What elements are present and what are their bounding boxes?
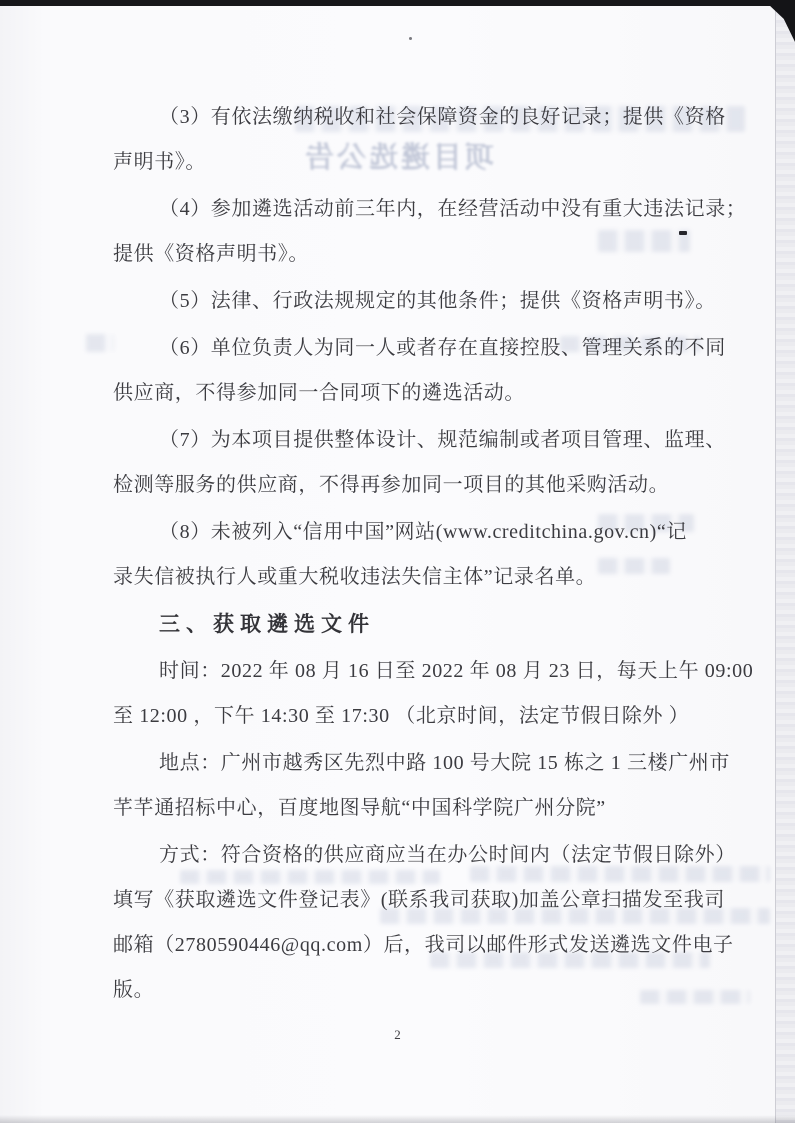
section-heading: 三、获取遴选文件 xyxy=(113,602,723,647)
doc-line-item5: （5）法律、行政法规规定的其他条件；提供《资格声明书》。 xyxy=(113,279,723,324)
document-body: （3）有依法缴纳税收和社会保障资金的良好记录；提供《资格 声明书》。 （4）参加… xyxy=(113,95,723,1013)
doc-line-method-1: 方式：符合资格的供应商应当在办公时间内（法定节假日除外） xyxy=(113,833,723,878)
doc-line-method-3: 邮箱（2780590446@qq.com）后，我司以邮件形式发送遴选文件电子 xyxy=(113,923,723,968)
doc-line-item6-1: （6）单位负责人为同一人或者存在直接控股、管理关系的不同 xyxy=(113,326,723,371)
doc-line-item8-2: 录失信被执行人或重大税收违法失信主体”记录名单。 xyxy=(113,555,723,600)
doc-line-item6-2: 供应商，不得参加同一合同项下的遴选活动。 xyxy=(113,371,723,416)
doc-line-item4-2: 提供《资格声明书》。 xyxy=(113,232,723,277)
doc-line-item3-1: （3）有依法缴纳税收和社会保障资金的良好记录；提供《资格 xyxy=(113,95,723,140)
doc-line-place-2: 芊芊通招标中心，百度地图导航“中国科学院广州分院” xyxy=(113,786,723,831)
doc-line-method-2: 填写《获取遴选文件登记表》(联系我司获取)加盖公章扫描发至我司 xyxy=(113,878,723,923)
scan-right-edge xyxy=(775,0,795,1123)
scan-dash-artifact xyxy=(679,231,687,235)
doc-line-item7-2: 检测等服务的供应商，不得再参加同一项目的其他采购活动。 xyxy=(113,463,723,508)
doc-line-method-4: 版。 xyxy=(113,968,723,1013)
doc-line-item8-1: （8）未被列入“信用中国”网站(www.creditchina.gov.cn)“… xyxy=(113,510,723,555)
doc-line-time-2: 至 12:00 ，下午 14:30 至 17:30 （北京时间，法定节假日除外 … xyxy=(113,694,723,739)
page-number: 2 xyxy=(0,1027,795,1043)
doc-line-item3-2: 声明书》。 xyxy=(113,140,723,185)
doc-line-item7-1: （7）为本项目提供整体设计、规范编制或者项目管理、监理、 xyxy=(113,418,723,463)
doc-line-place-1: 地点：广州市越秀区先烈中路 100 号大院 15 栋之 1 三楼广州市 xyxy=(113,741,723,786)
doc-line-item4-1: （4）参加遴选活动前三年内，在经营活动中没有重大违法记录； xyxy=(113,187,723,232)
scan-bottom-edge xyxy=(0,1115,795,1123)
document-page: { "document": { "lines": [ "（3）有依法缴纳税收和社… xyxy=(0,0,795,1123)
bleedthrough-smudge xyxy=(86,334,114,352)
scan-top-edge xyxy=(0,0,795,6)
doc-line-time-1: 时间：2022 年 08 月 16 日至 2022 年 08 月 23 日，每天… xyxy=(113,649,723,694)
scan-dot-artifact xyxy=(409,37,412,40)
